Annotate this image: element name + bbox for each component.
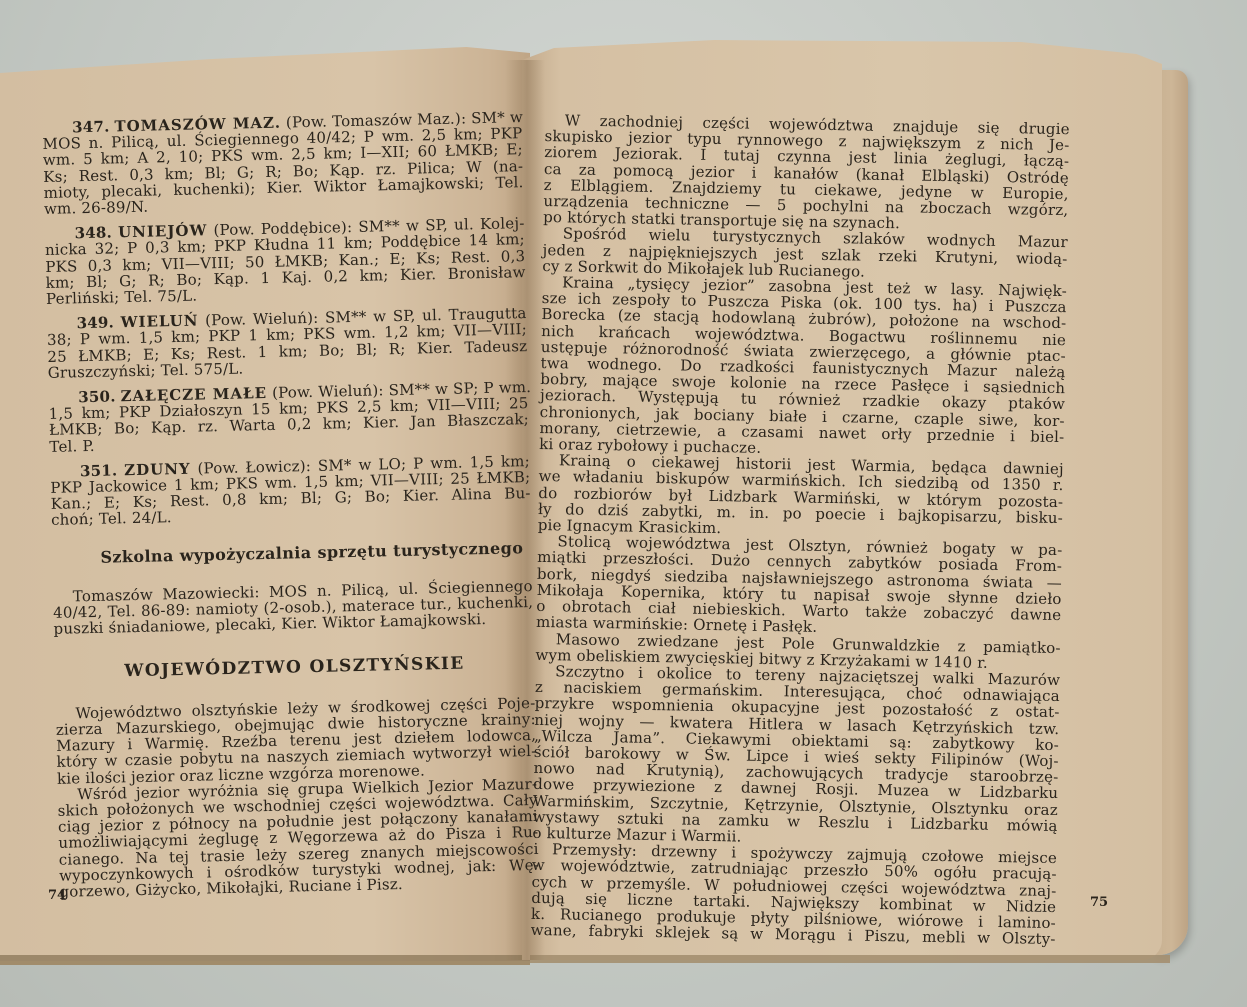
directory-entry-349: 349. WIELUŃ (Pow. Wieluń): SM** w SP, ul…	[46, 305, 527, 381]
right-page-edge	[530, 955, 1170, 963]
section-subheading: Szkolna wypożyczalnia sprzętu turystyczn…	[92, 540, 532, 566]
left-page-text: 347. TOMASZÓW MAZ. (Pow. Tomaszów Maz.):…	[42, 109, 540, 900]
page-number-right: 75	[1090, 895, 1108, 910]
paragraph: Stolicą województwa jest Olsztyn, równie…	[536, 533, 1063, 639]
directory-entry-347: 347. TOMASZÓW MAZ. (Pow. Tomaszów Maz.):…	[42, 109, 524, 217]
paragraph: Kraina „tysięcy jezior” zasobna jest też…	[539, 274, 1067, 461]
paragraph: Wśród jezior wyróżnia się grupa Wielkich…	[57, 776, 539, 900]
directory-entry-351: 351. ZDUNY (Pow. Łowicz): SM* w LO; P wm…	[50, 453, 531, 529]
paragraph: Szczytno i okolice to tereny najzaciętsz…	[532, 663, 1060, 850]
paragraph: Województwo olsztyńskie leży w środkowej…	[55, 695, 537, 787]
open-book: 347. TOMASZÓW MAZ. (Pow. Tomaszów Maz.):…	[0, 0, 1247, 1007]
chapter-heading: WOJEWÓDZTWO OLSZTYŃSKIE	[54, 654, 534, 681]
right-page-text: W zachodniej części województwa znajduje…	[531, 112, 1070, 947]
paragraph: Krainą o ciekawej historii jest Warmia, …	[538, 452, 1064, 542]
page-number-left: 74	[48, 888, 66, 903]
paragraph: Przemysły: drzewny i spożywczy zajmują c…	[531, 841, 1058, 947]
left-page-edge	[0, 955, 530, 961]
directory-entry-348: 348. UNIEJÓW (Pow. Poddębice): SM** w SP…	[44, 215, 526, 307]
rental-paragraph: Tomaszów Mazowiecki: MOS n. Pilicą, ul. …	[53, 578, 534, 637]
paragraph: W zachodniej części województwa znajduje…	[543, 112, 1070, 235]
directory-entry-350: 350. ZAŁĘCZE MAŁE (Pow. Wieluń): SM** w …	[48, 379, 529, 455]
